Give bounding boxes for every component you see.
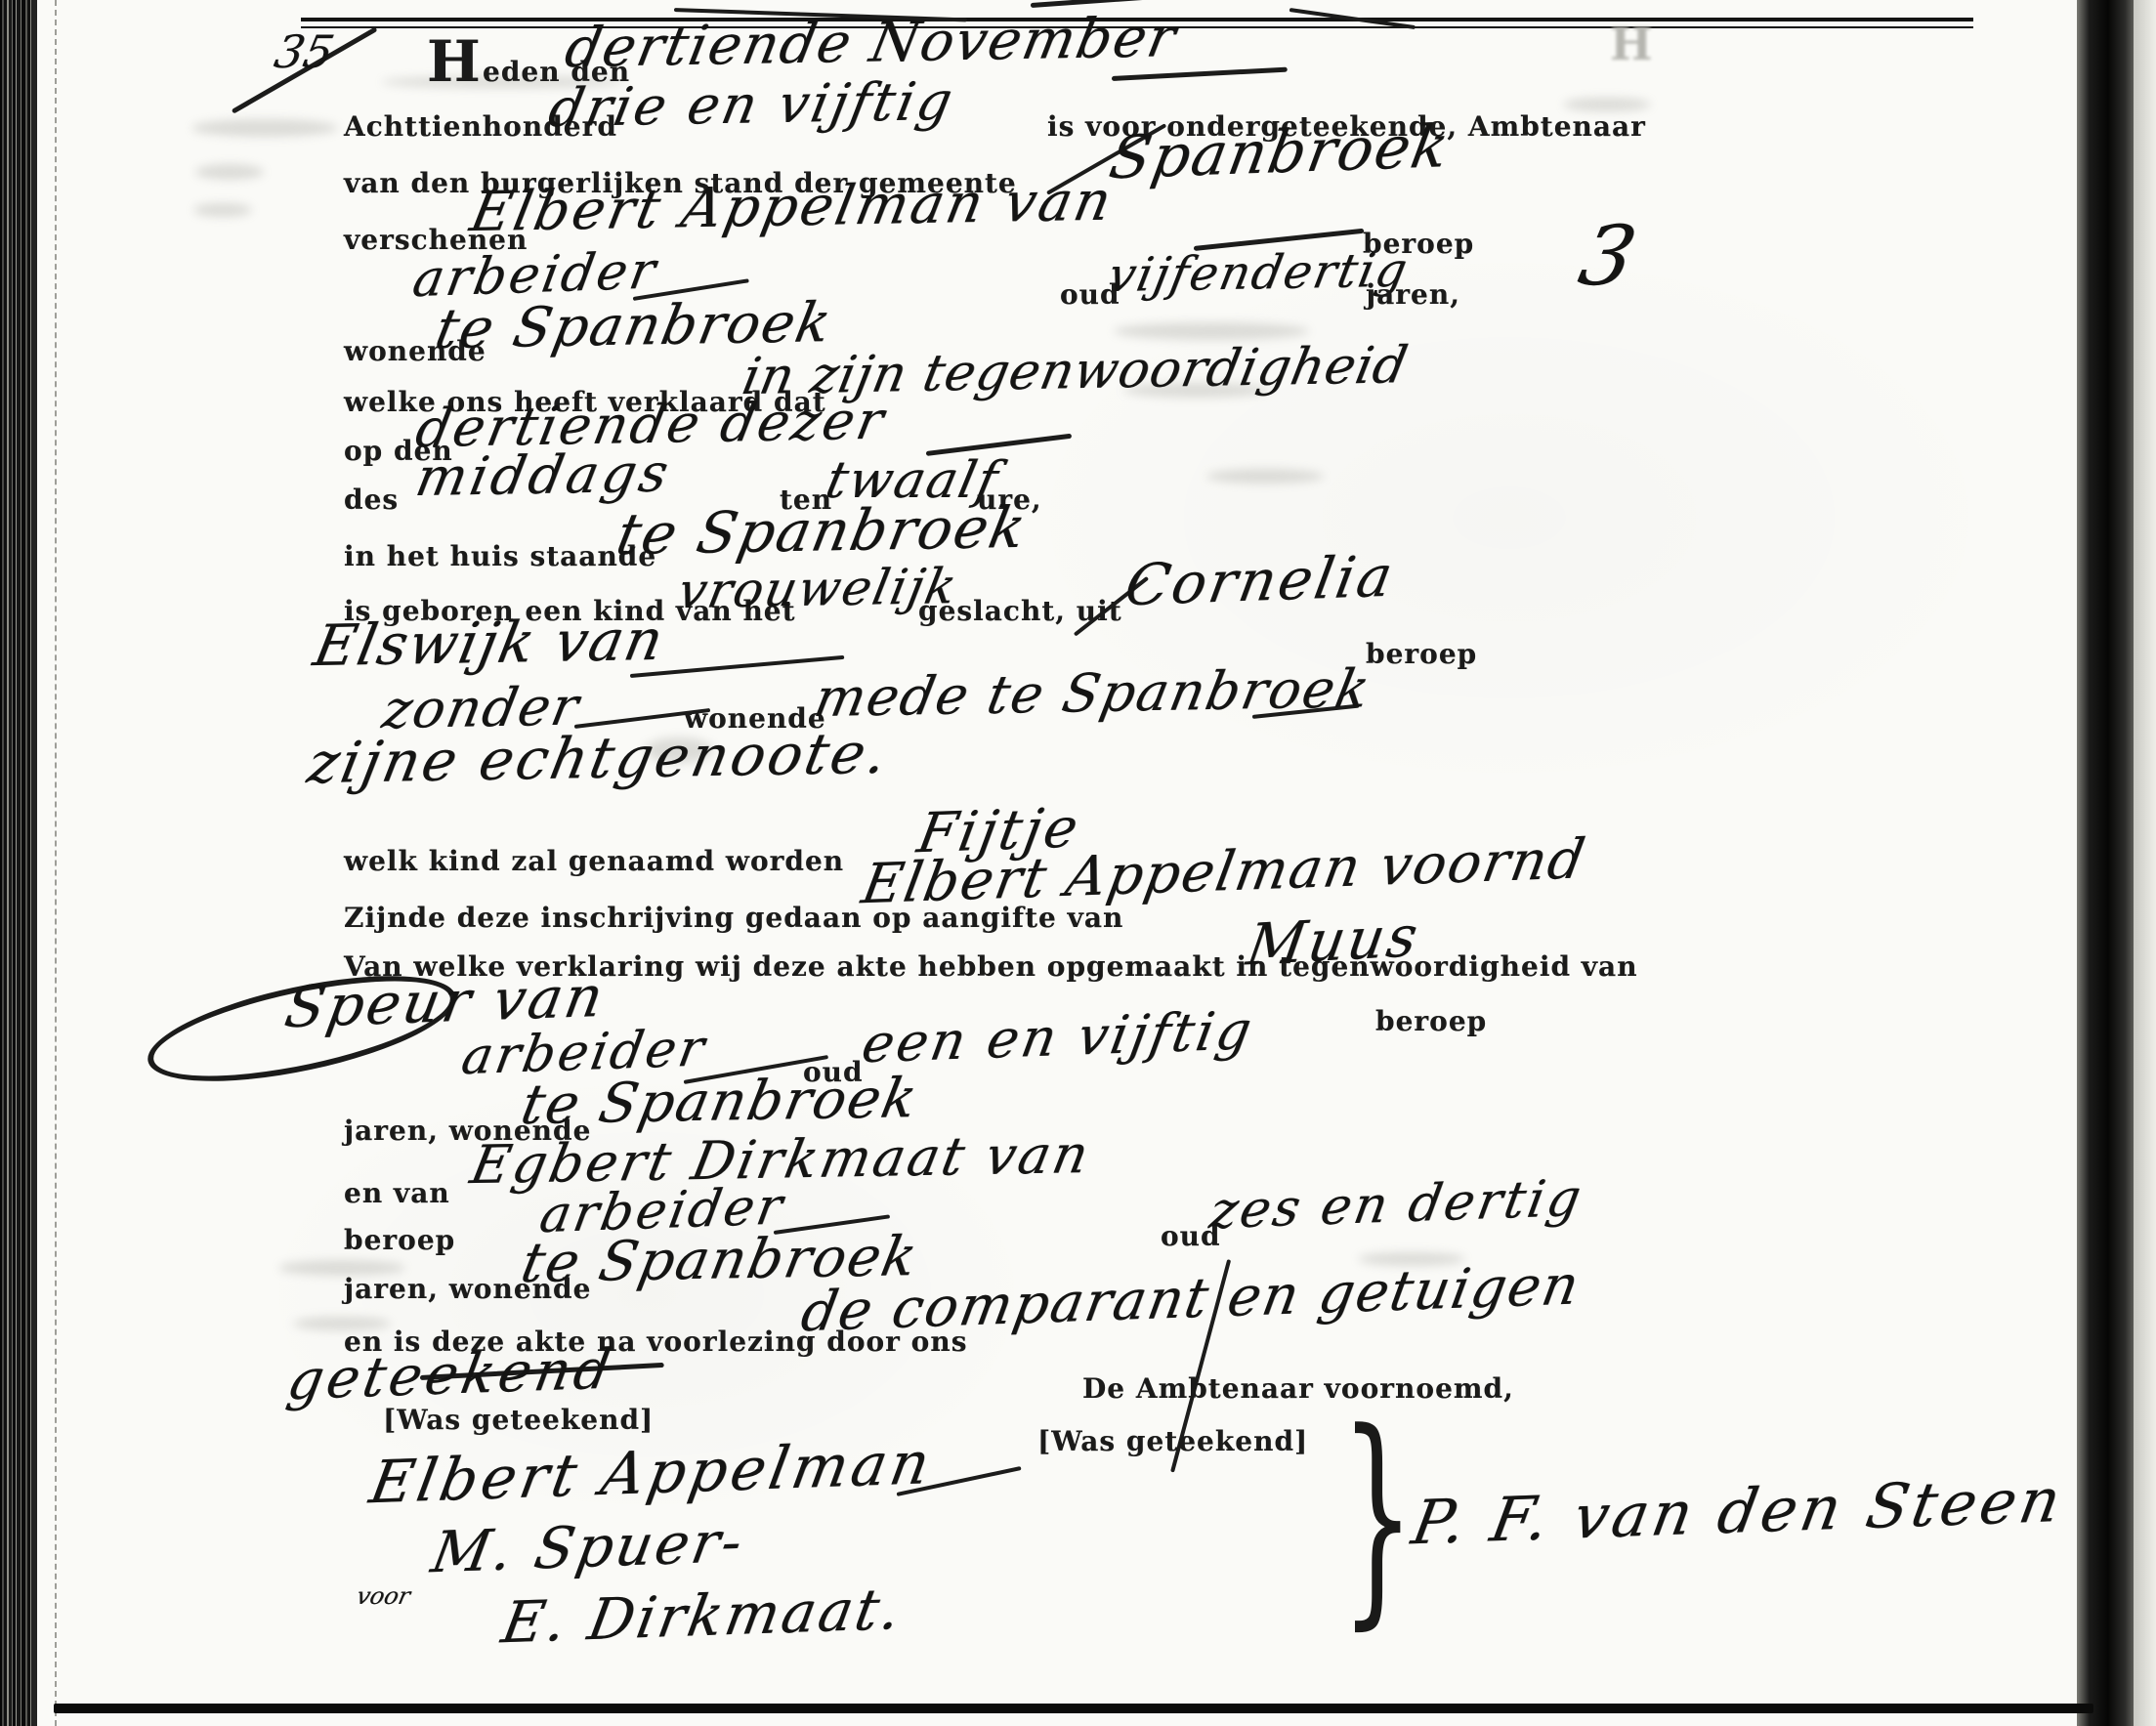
bleed-through [1563,98,1651,111]
hand-geteekend: geteekend [283,1342,618,1409]
hand-gemeente: Spanbroek [1105,117,1454,189]
ghost-letter-h: H [1610,21,1652,66]
record-number: 35 [271,29,337,74]
signature-elbert-appelman: Elbert Appelman [365,1434,937,1512]
elswijk-trailing-dash [630,655,845,678]
signature-e-dirkmaat: E. Dirkmaat. [498,1580,908,1652]
hand-witness1-residence: te Spanbroek [517,1072,922,1133]
bleed-through [1114,322,1309,340]
bleed-through [193,203,252,217]
printed-ambtenaar-voornoemd: De Ambtenaar voornoemd, [1082,1375,1514,1403]
printed-was-geteekend-right: [Was geteekend] [1037,1428,1308,1455]
binding-dashed-line [55,0,57,1726]
printed-beroep-4: beroep [344,1227,455,1254]
printed-huis-label: in het huis staande [344,543,656,570]
printed-jaren-1: jaren, [1366,281,1460,309]
hand-echtgenoote: zijne echtgenoote. [304,725,895,792]
signature-m-spuer: M. Spuer- [428,1513,749,1581]
page-right-edge [2134,0,2156,1726]
hand-daypart: middags [411,446,676,504]
hand-witness1-age: een en vijftig [858,1004,1257,1071]
hand-birth-house: te Spanbroek [613,499,1032,564]
hand-mother-first-name: Cornelia [1121,547,1400,613]
hand-voorlezing: de comparant en getuigen [797,1258,1585,1340]
signature-ambtenaar: P. F. van den Steen [1408,1470,2068,1554]
bleed-through [1206,469,1324,484]
book-binding-edge [0,0,37,1726]
printed-en-van: en van [344,1180,450,1207]
hand-mother-residence: mede te Spanbroek [810,662,1374,725]
hand-witness2-age: zes en dertig [1206,1173,1587,1238]
hand-registration-date: dertiende November [561,11,1181,76]
signature-prefix: voor [355,1584,412,1608]
hand-flourish-3: 3 [1573,215,1642,297]
printed-geslacht-uit: geslacht, uit [918,598,1122,625]
bleed-through [195,164,264,180]
printed-kind-naam-label: welk kind zal genaamd worden [344,848,844,875]
printed-beroep-3: beroep [1375,1008,1487,1035]
printed-beroep-2: beroep [1366,641,1477,668]
hand-witness1-first-name: Muus [1244,907,1424,974]
printed-des: des [344,486,399,514]
hand-declarant-name: Elbert Appelman van [466,175,1118,241]
signature-brace: } [1340,1405,1415,1633]
bleed-through [191,119,338,137]
document-page: 35Heden dendertiende NovemberAchttienhon… [0,0,2156,1726]
hand-mother-last-name: Elswijk van [310,611,669,674]
hand-year: drie en vijftig [544,75,958,135]
page-right-shadow-band [2077,0,2134,1726]
bottom-rule [54,1704,2093,1713]
printed-dropcap-h: H [427,33,482,90]
printed-was-geteekend-left: [Was geteekend] [383,1407,654,1434]
